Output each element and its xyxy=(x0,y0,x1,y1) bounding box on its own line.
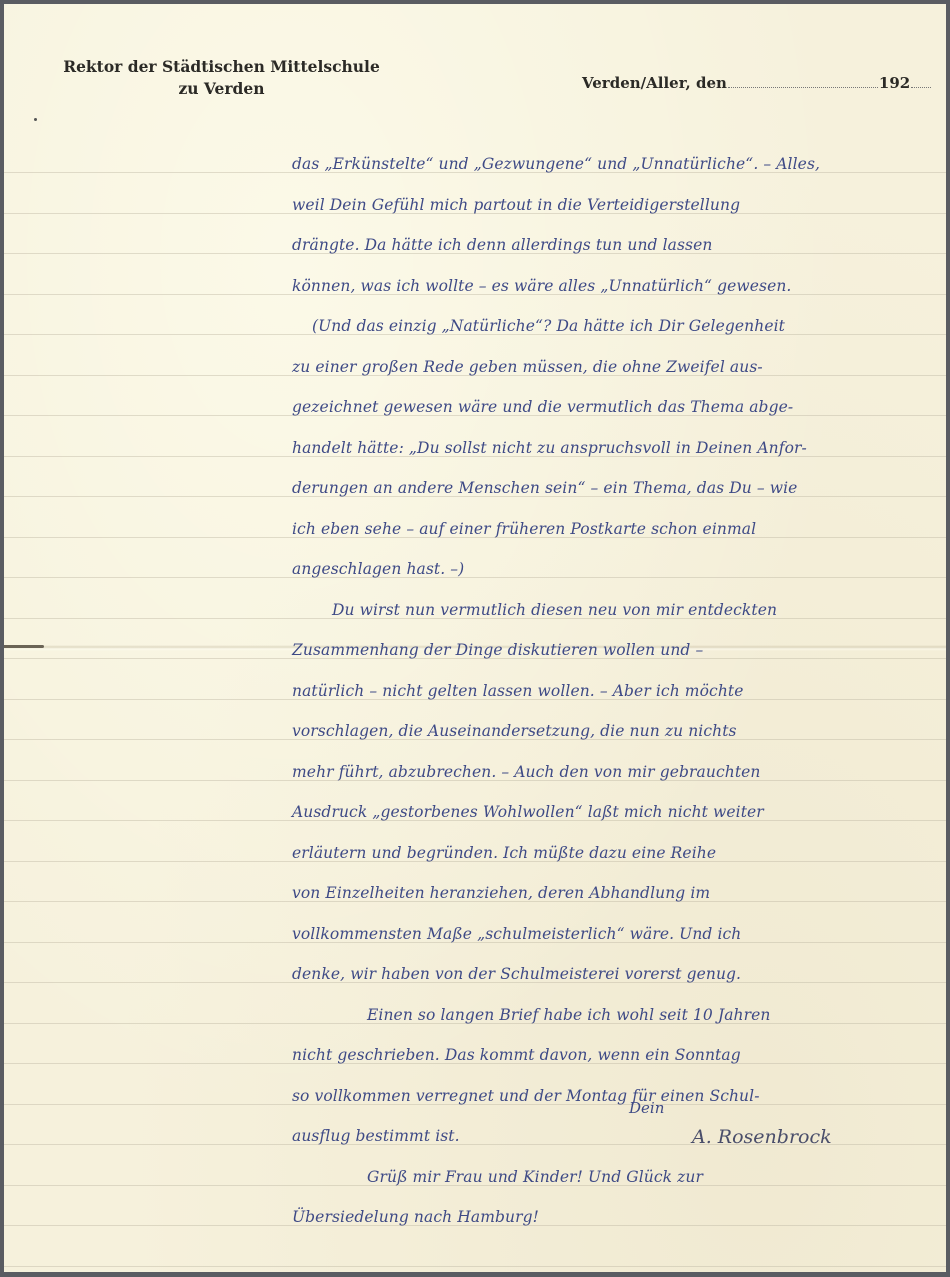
handwritten-line: vorschlagen, die Auseinandersetzung, die… xyxy=(292,711,932,752)
handwritten-line: mehr führt, abzubrechen. – Auch den von … xyxy=(292,752,932,793)
letterhead-title: Rektor der Städtischen Mittelschule xyxy=(54,56,389,78)
handwritten-line: nicht geschrieben. Das kommt davon, wenn… xyxy=(292,1035,932,1076)
handwritten-line: erläutern und begründen. Ich müßte dazu … xyxy=(292,833,932,874)
handwritten-line: Zusammenhang der Dinge diskutieren wolle… xyxy=(292,630,932,671)
handwritten-line: (Und das einzig „Natürliche“? Da hätte i… xyxy=(292,306,932,347)
handwritten-line: Du wirst nun vermutlich diesen neu von m… xyxy=(292,590,932,631)
place-date-label: Verden/Aller, den xyxy=(582,74,727,92)
handwritten-line: gezeichnet gewesen wäre und die vermutli… xyxy=(292,387,932,428)
ink-speck xyxy=(34,118,37,121)
letterhead-city: zu Verden xyxy=(54,78,389,100)
handwritten-line: so vollkommen verregnet und der Montag f… xyxy=(292,1076,932,1117)
year-prefix: 192 xyxy=(879,74,910,92)
paper-tear xyxy=(4,645,44,648)
handwritten-line: ausflug bestimmt ist. xyxy=(292,1116,932,1157)
handwritten-line: können, was ich wollte – es wäre alles „… xyxy=(292,266,932,307)
handwritten-line: das „Erkünstelte“ und „Gezwungene“ und „… xyxy=(292,144,932,185)
signature: A. Rosenbrock xyxy=(692,1126,832,1148)
handwritten-line: natürlich – nicht gelten lassen wollen. … xyxy=(292,671,932,712)
letter-body: das „Erkünstelte“ und „Gezwungene“ und „… xyxy=(292,144,932,1238)
letter-sheet: Rektor der Städtischen Mittelschule zu V… xyxy=(4,4,946,1272)
ruled-line xyxy=(4,1266,946,1267)
handwritten-line: Einen so langen Brief habe ich wohl seit… xyxy=(292,995,932,1036)
letterhead-sender: Rektor der Städtischen Mittelschule zu V… xyxy=(54,56,389,100)
letterhead-place-date: Verden/Aller, den192 xyxy=(582,74,932,92)
handwritten-line: drängte. Da hätte ich denn allerdings tu… xyxy=(292,225,932,266)
handwritten-line: von Einzelheiten heranziehen, deren Abha… xyxy=(292,873,932,914)
handwritten-line: Übersiedelung nach Hamburg! xyxy=(292,1197,932,1238)
letter-closing: Dein xyxy=(629,1099,664,1117)
handwritten-line: angeschlagen hast. –) xyxy=(292,549,932,590)
handwritten-line: handelt hätte: „Du sollst nicht zu anspr… xyxy=(292,428,932,469)
year-blank xyxy=(911,86,931,88)
handwritten-line: Ausdruck „gestorbenes Wohlwollen“ laßt m… xyxy=(292,792,932,833)
handwritten-line: derungen an andere Menschen sein“ – ein … xyxy=(292,468,932,509)
handwritten-line: ich eben sehe – auf einer früheren Postk… xyxy=(292,509,932,550)
handwritten-line: denke, wir haben von der Schulmeisterei … xyxy=(292,954,932,995)
handwritten-line: zu einer großen Rede geben müssen, die o… xyxy=(292,347,932,388)
handwritten-line: vollkommensten Maße „schulmeisterlich“ w… xyxy=(292,914,932,955)
handwritten-line: weil Dein Gefühl mich partout in die Ver… xyxy=(292,185,932,226)
handwritten-line: Grüß mir Frau und Kinder! Und Glück zur xyxy=(292,1157,932,1198)
date-blank xyxy=(728,86,878,88)
